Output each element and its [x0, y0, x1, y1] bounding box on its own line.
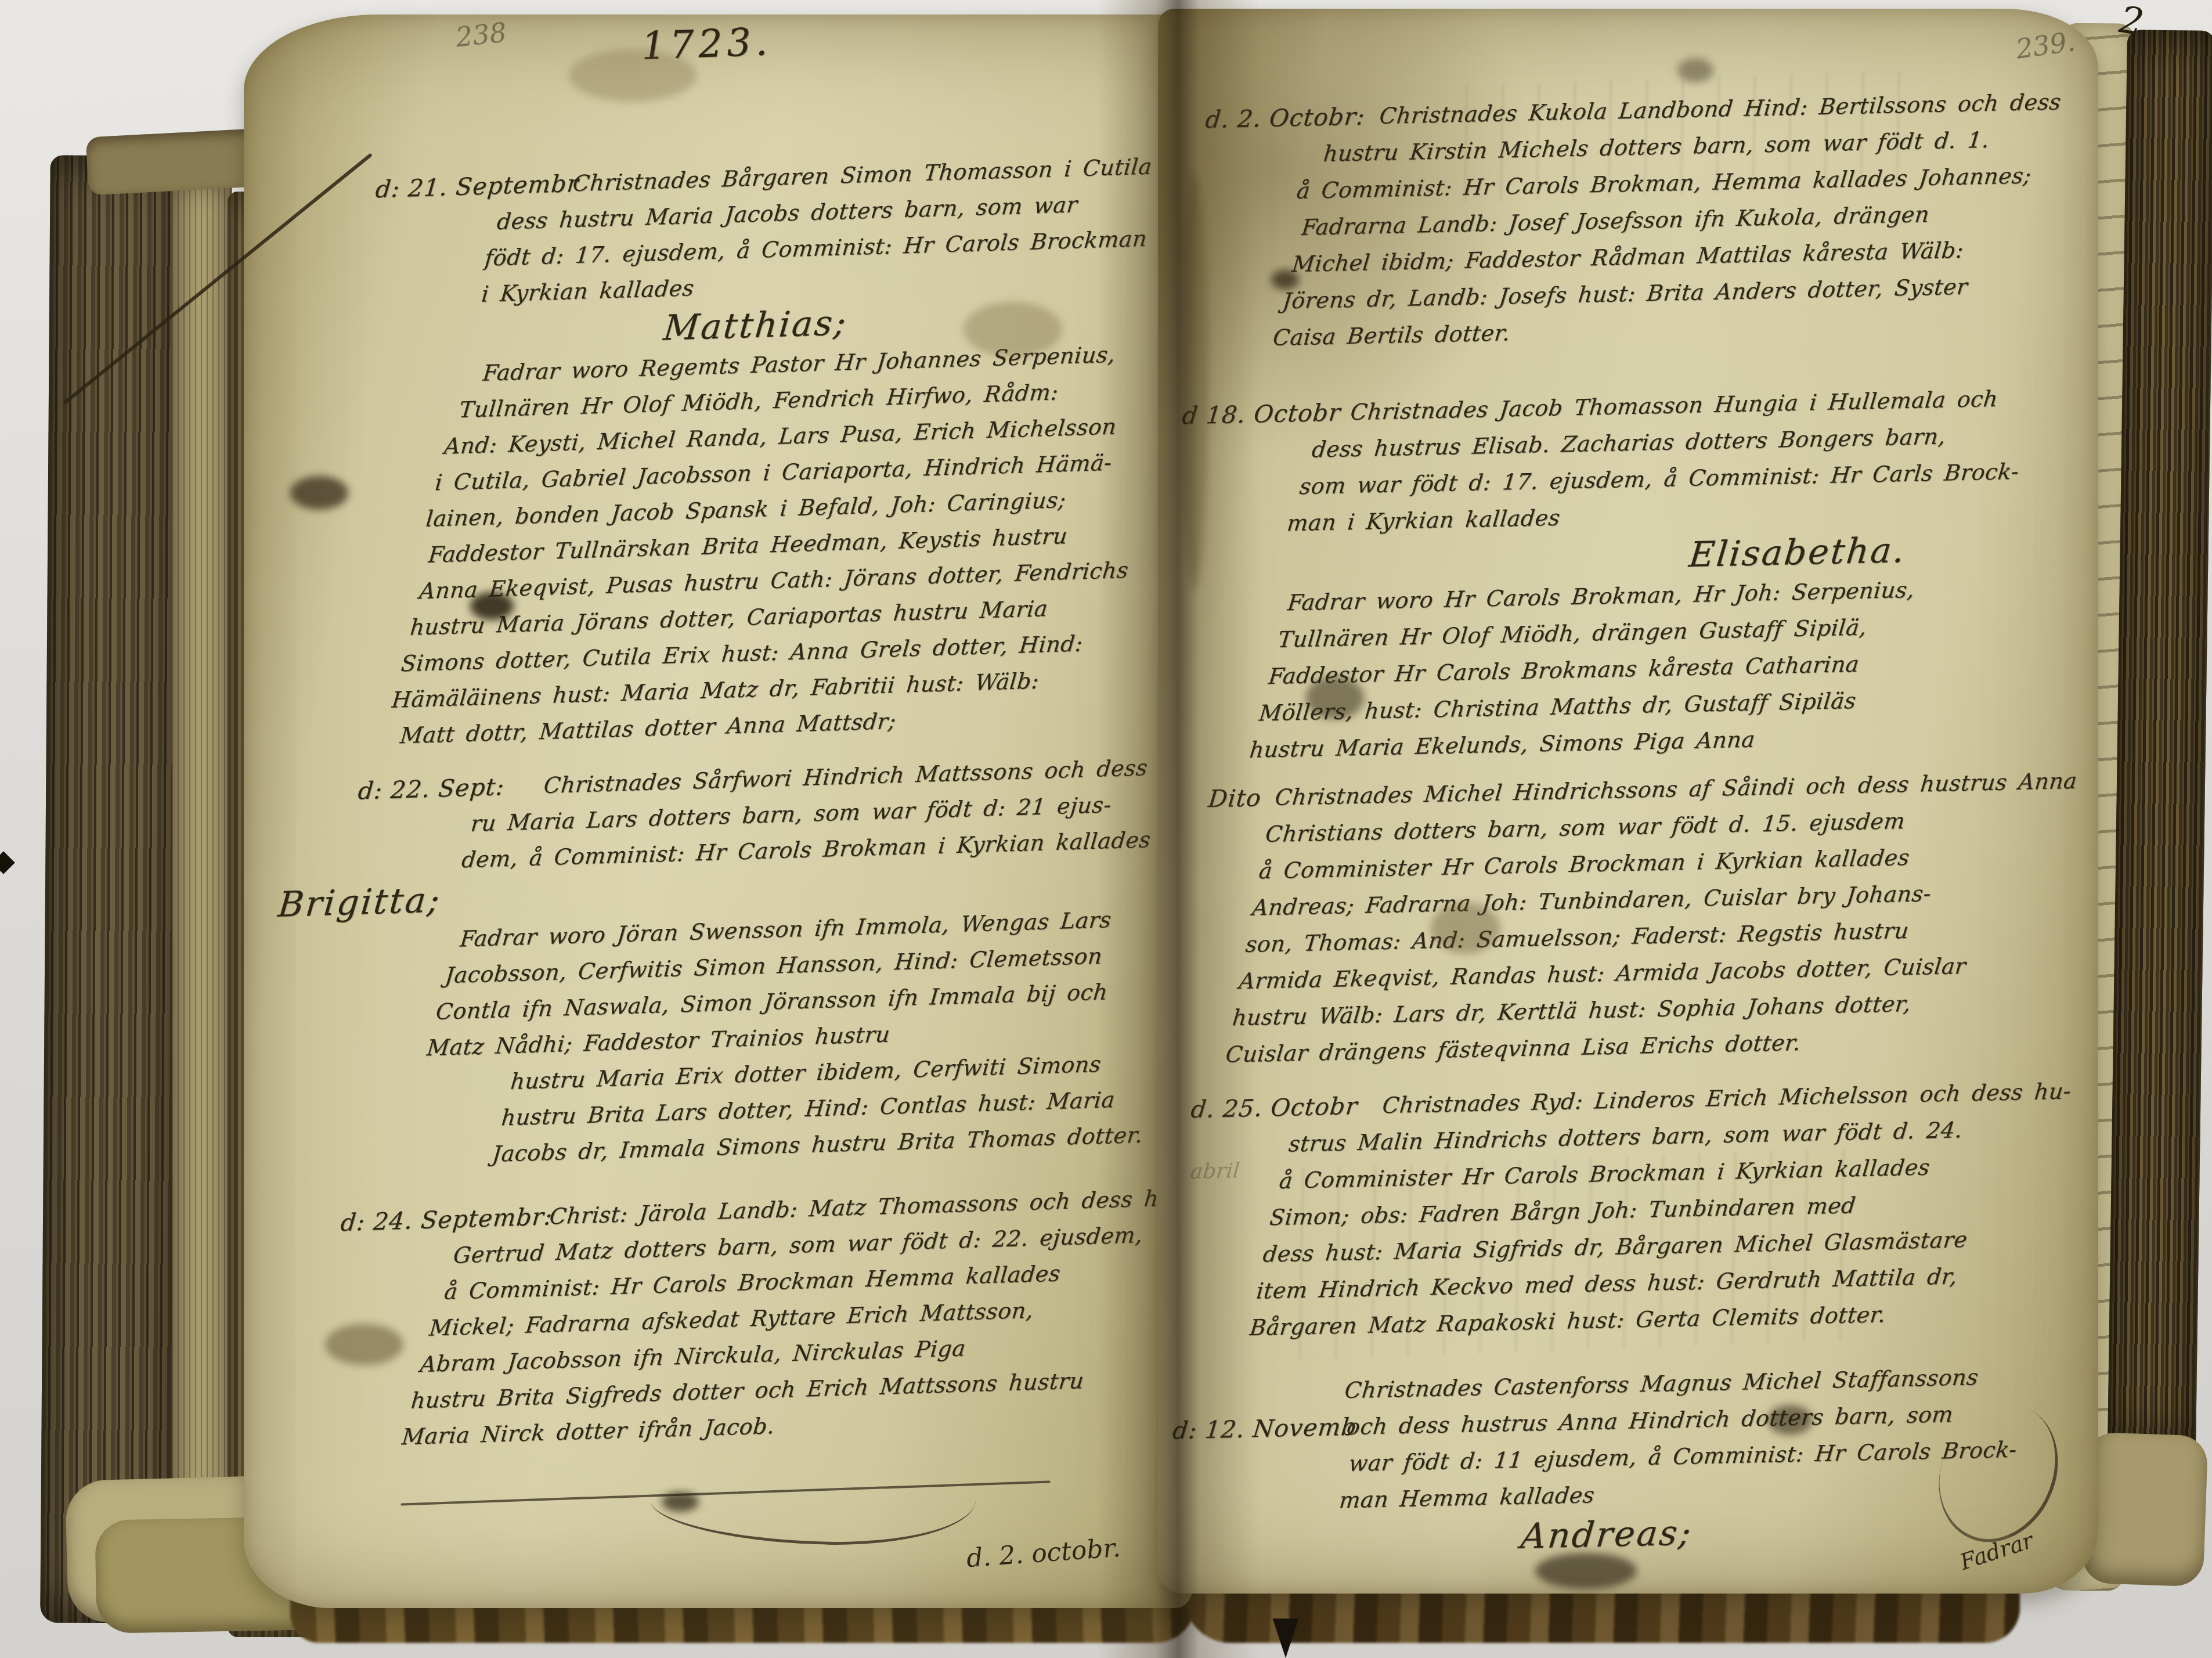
paper-stain — [1431, 903, 1500, 954]
page-number-right: 239. — [2014, 26, 2077, 65]
ink-stain — [1306, 676, 1364, 719]
ink-stain — [1767, 1405, 1813, 1435]
page-stack-left-edge — [40, 155, 184, 1624]
show-through-marks — [1446, 70, 1914, 203]
ink-stain — [325, 1324, 403, 1365]
paper-stain — [569, 49, 697, 102]
register-entry: d: 21. SeptembrChristnades Bårgaren Simo… — [323, 146, 1219, 756]
register-entry: d: 24. Septembr:Christ: Järola Landb: Ma… — [319, 1180, 1184, 1457]
show-through-marks — [1283, 1148, 1870, 1360]
right-page: 239. d. 2. Octobr:Christnades Kukola Lan… — [1158, 9, 2098, 1594]
pen-swoosh — [649, 1483, 976, 1549]
paper-stain — [964, 302, 1062, 357]
paper-stain — [1677, 58, 1713, 82]
left-page: 238 1723. d: 21. SeptembrChristnades Bår… — [244, 15, 1193, 1608]
catchword: d. 2. octobr. — [966, 1533, 1122, 1573]
page-stack-left-sheets — [172, 174, 232, 1631]
register-entry: d: 22. Sept:Christnades Sårfwori Hindric… — [252, 750, 1131, 1179]
ink-stain — [662, 1492, 699, 1512]
ink-stain — [470, 592, 514, 620]
gutter-smear — [1181, 171, 1208, 589]
photo-backdrop: 238 1723. d: 21. SeptembrChristnades Bår… — [0, 0, 2212, 1658]
ink-stain — [1535, 1553, 1637, 1589]
register-entry: d 18. OctobrChristnades Jacob Thomasson … — [1146, 380, 2026, 771]
register-entry: d: 12. NovembChristnades Castenforss Mag… — [1159, 1358, 2020, 1566]
ink-stain — [290, 476, 348, 510]
register-entry: DitoChristnades Michel Hindrichssons af … — [1181, 763, 2052, 1075]
ink-stain — [1271, 270, 1299, 290]
page-number-left: 238 — [454, 17, 508, 53]
edge-artifact — [0, 851, 15, 874]
stacked-page-corner-right — [2081, 1432, 2209, 1587]
